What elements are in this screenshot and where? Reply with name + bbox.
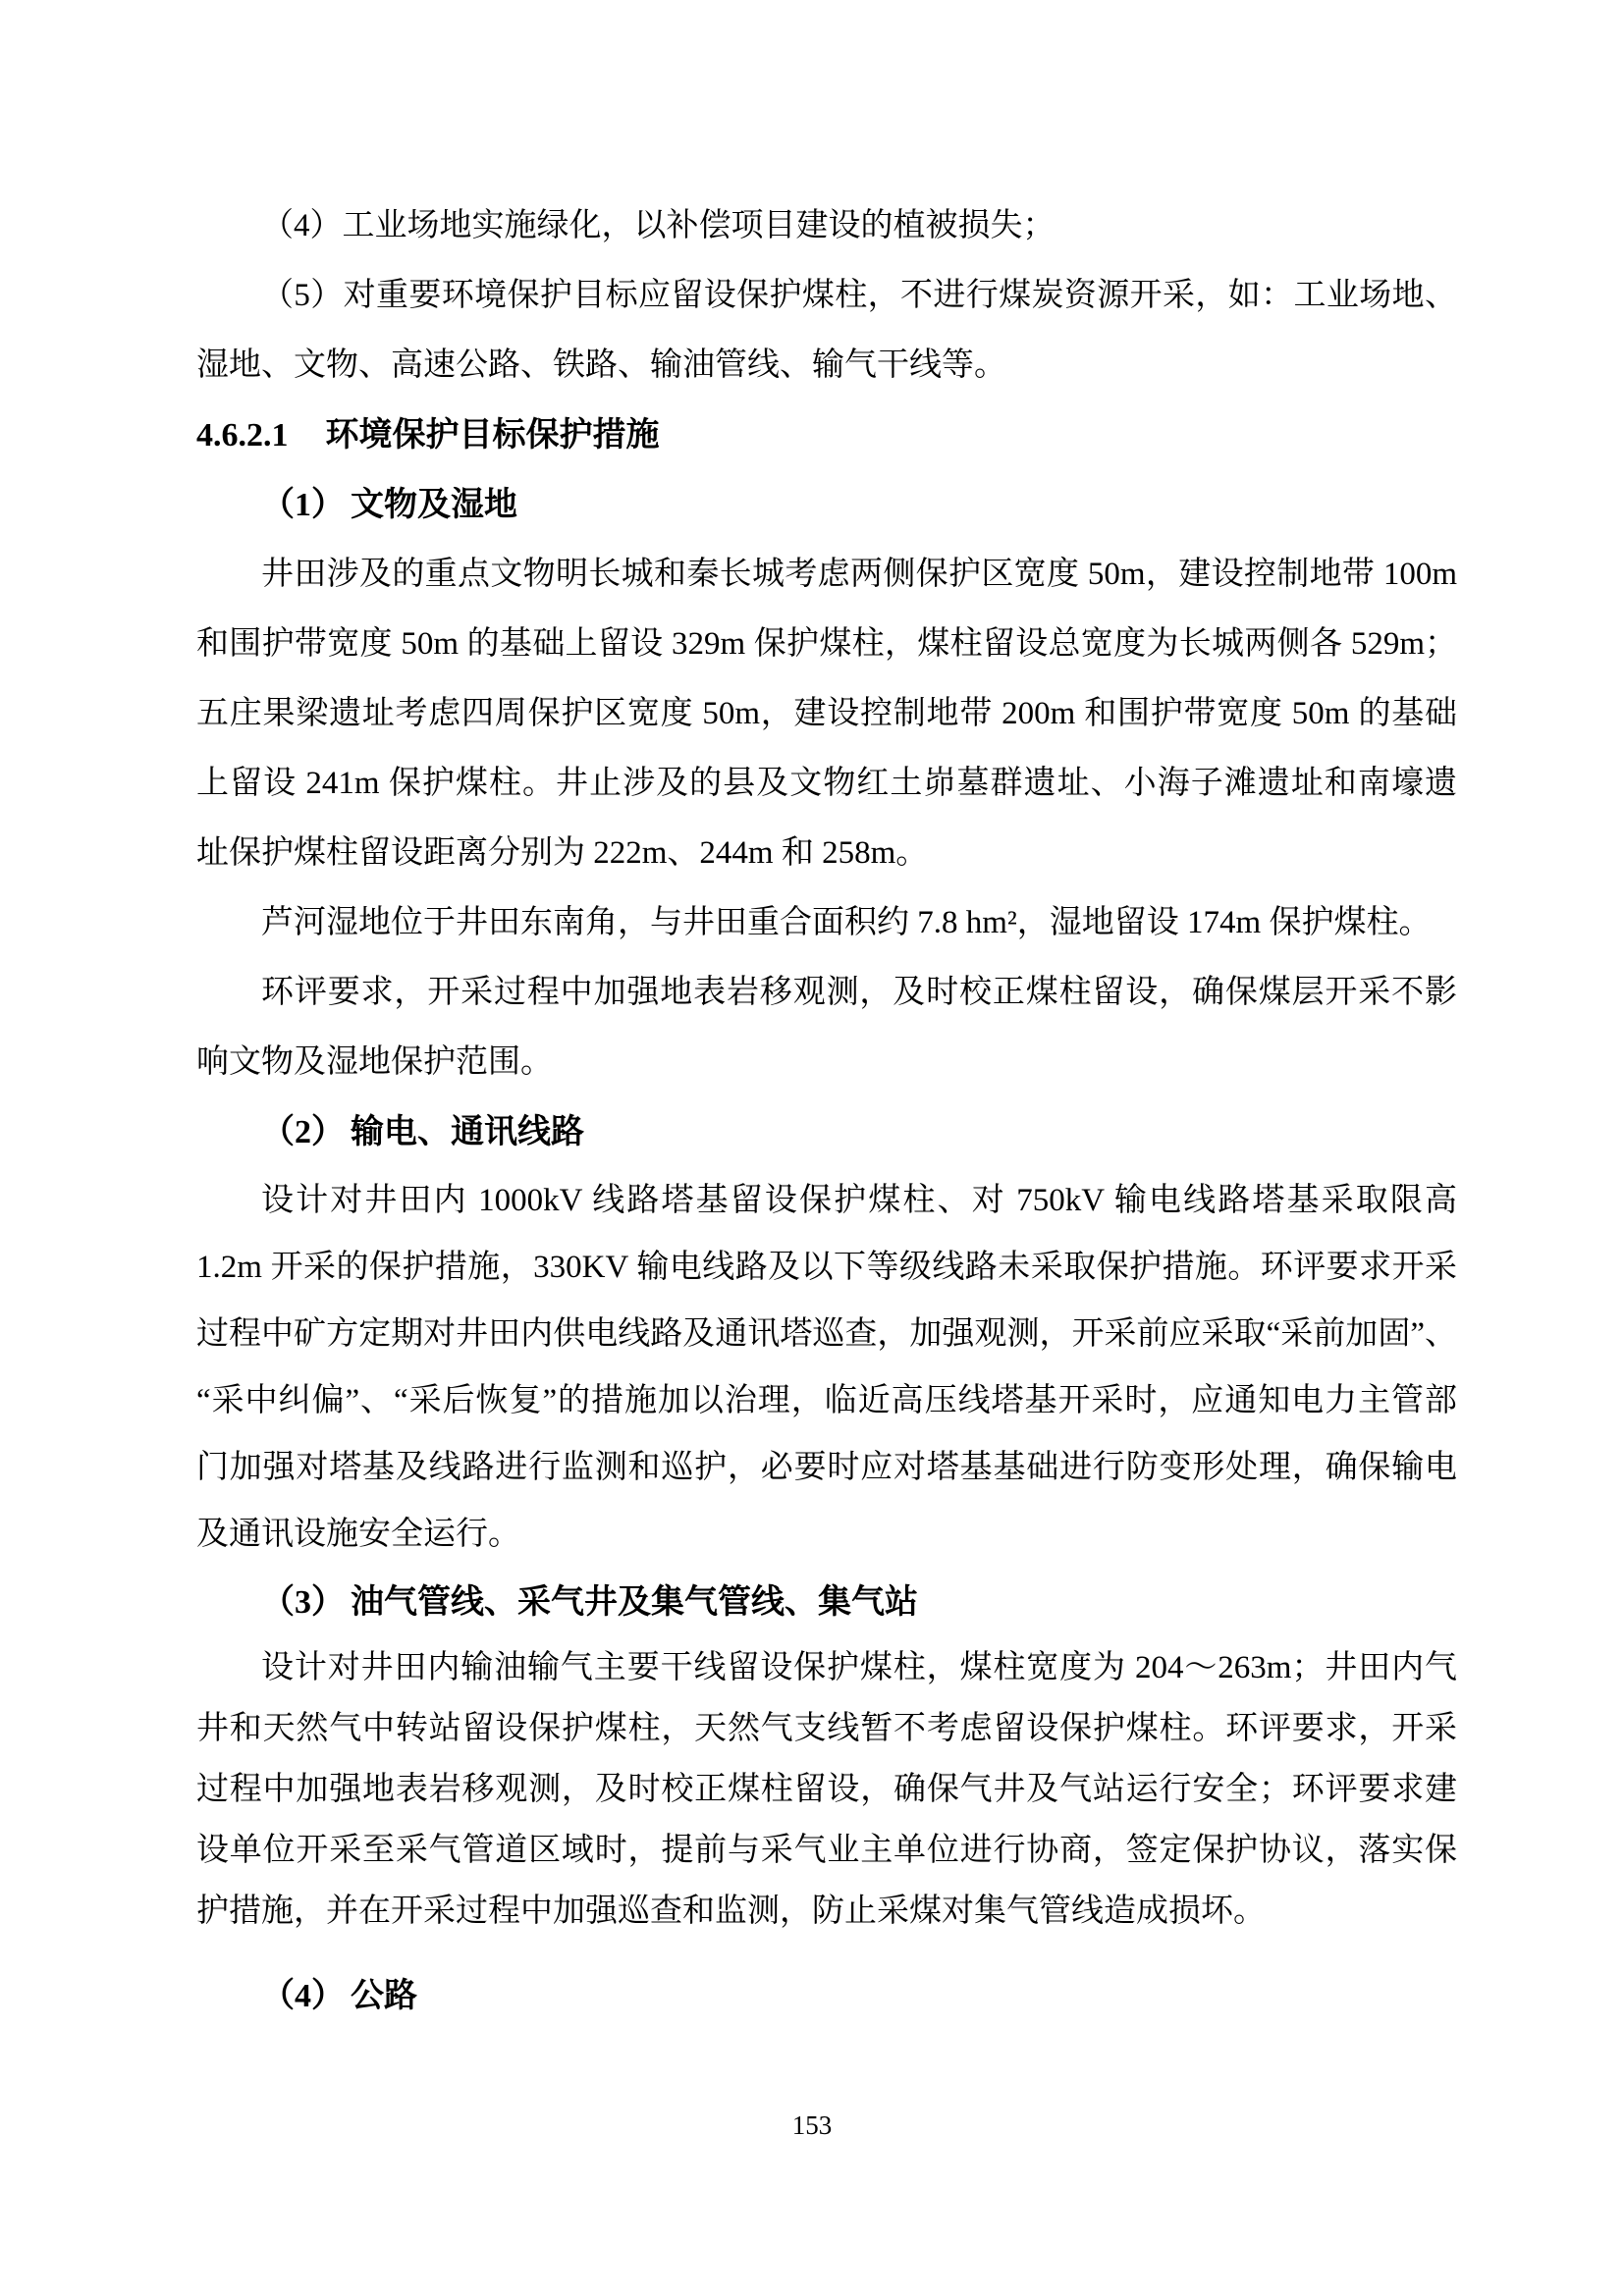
heading-title: 输电、通讯线路 — [351, 1113, 584, 1150]
paragraph-line: 设计对井田内 1000kV 线路塔基留设保护煤柱、对 750kV 输电线路塔基采… — [196, 1167, 1457, 1234]
paragraph-line: 及通讯设施安全运行。 — [196, 1501, 1457, 1568]
heading-number: （1） — [261, 487, 345, 523]
paragraph-line: 过程中加强地表岩移观测，及时校正煤柱留设，确保气井及气站运行安全；环评要求建 — [196, 1759, 1457, 1820]
paragraph-line: 和围护带宽度 50m 的基础上留设 329m 保护煤柱，煤柱留设总宽度为长城两侧… — [196, 610, 1457, 679]
paragraph-line: 1.2m 开采的保护措施，330KV 输电线路及以下等级线路未采取保护措施。环评… — [196, 1234, 1457, 1301]
paragraph-line: 设单位开采至采气管道区域时，提前与采气业主单位进行协商，签定保护协议，落实保 — [196, 1820, 1457, 1881]
heading-title: 公路 — [351, 1977, 417, 2014]
heading-number: （4） — [261, 1978, 345, 2014]
heading-number: 4.6.2.1 — [196, 417, 289, 454]
paragraph-line: 环评要求，开采过程中加强地表岩移观测，及时校正煤柱留设，确保煤层开采不影 — [196, 958, 1457, 1028]
para-power-telecom-measures: 设计对井田内 1000kV 线路塔基留设保护煤柱、对 750kV 输电线路塔基采… — [196, 1167, 1457, 1568]
para-relics-wetland-pillars: 井田涉及的重点文物明长城和秦长城考虑两侧保护区宽度 50m，建设控制地带 100… — [196, 540, 1457, 888]
paragraph-line: 护措施，并在开采过程中加强巡查和监测，防止采煤对集气管线造成损坏。 — [196, 1881, 1457, 1942]
paragraph-line: 井田涉及的重点文物明长城和秦长城考虑两侧保护区宽度 50m，建设控制地带 100… — [196, 540, 1457, 610]
paragraph-line: （5）对重要环境保护目标应留设保护煤柱，不进行煤炭资源开采，如：工业场地、 — [196, 261, 1457, 331]
heading-number: （2） — [261, 1114, 345, 1150]
paragraph-line: 井和天然气中转站留设保护煤柱，天然气支线暂不考虑留设保护煤柱。环评要求，开采 — [196, 1698, 1457, 1759]
document-page: （4）工业场地实施绿化，以补偿项目建设的植被损失；（5）对重要环境保护目标应留设… — [0, 0, 1624, 2296]
heading-title: 油气管线、采气井及集气管线、集气站 — [351, 1583, 918, 1621]
paragraph-line: （4）工业场地实施绿化，以补偿项目建设的植被损失； — [196, 191, 1457, 261]
heading-title: 文物及湿地 — [351, 486, 517, 523]
subheading-2-power-telecom-lines: （2）输电、通讯线路 — [196, 1097, 1457, 1167]
heading-number: （3） — [261, 1584, 345, 1621]
paragraph-line: 上留设 241m 保护煤柱。井止涉及的县及文物红土峁墓群遗址、小海子滩遗址和南壕… — [196, 749, 1457, 819]
para-oil-gas-measures: 设计对井田内输油输气主要干线留设保护煤柱，煤柱宽度为 204～263m；井田内气… — [196, 1637, 1457, 1942]
paragraph-line: 湿地、文物、高速公路、铁路、输油管线、输气干线等。 — [196, 331, 1457, 400]
item-5-protection-targets: （5）对重要环境保护目标应留设保护煤柱，不进行煤炭资源开采，如：工业场地、湿地、… — [196, 261, 1457, 400]
para-luhe-wetland: 芦河湿地位于井田东南角，与井田重合面积约 7.8 hm²，湿地留设 174m 保… — [196, 888, 1457, 958]
paragraph-line: 响文物及湿地保护范围。 — [196, 1028, 1457, 1097]
subheading-3-oil-gas-pipelines: （3）油气管线、采气井及集气管线、集气站 — [196, 1568, 1457, 1637]
page-number: 153 — [792, 2110, 833, 2140]
heading-title: 环境保护目标保护措施 — [326, 416, 660, 454]
section-heading-4-6-2-1: 4.6.2.1环境保护目标保护措施 — [196, 400, 1457, 470]
para-eia-requirement-wetland: 环评要求，开采过程中加强地表岩移观测，及时校正煤柱留设，确保煤层开采不影响文物及… — [196, 958, 1457, 1097]
page-footer: 153 — [0, 2109, 1624, 2142]
subheading-1-relics-wetland: （1）文物及湿地 — [196, 470, 1457, 540]
document-body: （4）工业场地实施绿化，以补偿项目建设的植被损失；（5）对重要环境保护目标应留设… — [196, 191, 1457, 2031]
paragraph-line: 门加强对塔基及线路进行监测和巡护，必要时应对塔基基础进行防变形处理，确保输电 — [196, 1434, 1457, 1501]
paragraph-line: 五庄果梁遗址考虑四周保护区宽度 50m，建设控制地带 200m 和围护带宽度 5… — [196, 679, 1457, 749]
subheading-4-highway: （4）公路 — [196, 1961, 1457, 2031]
paragraph-line: 芦河湿地位于井田东南角，与井田重合面积约 7.8 hm²，湿地留设 174m 保… — [196, 888, 1457, 958]
item-4-greening: （4）工业场地实施绿化，以补偿项目建设的植被损失； — [196, 191, 1457, 261]
paragraph-line: “采中纠偏”、“采后恢复”的措施加以治理，临近高压线塔基开采时，应通知电力主管部 — [196, 1367, 1457, 1434]
paragraph-line: 设计对井田内输油输气主要干线留设保护煤柱，煤柱宽度为 204～263m；井田内气 — [196, 1637, 1457, 1698]
paragraph-line: 址保护煤柱留设距离分别为 222m、244m 和 258m。 — [196, 819, 1457, 888]
paragraph-line: 过程中矿方定期对井田内供电线路及通讯塔巡查，加强观测，开采前应采取“采前加固”、 — [196, 1301, 1457, 1367]
